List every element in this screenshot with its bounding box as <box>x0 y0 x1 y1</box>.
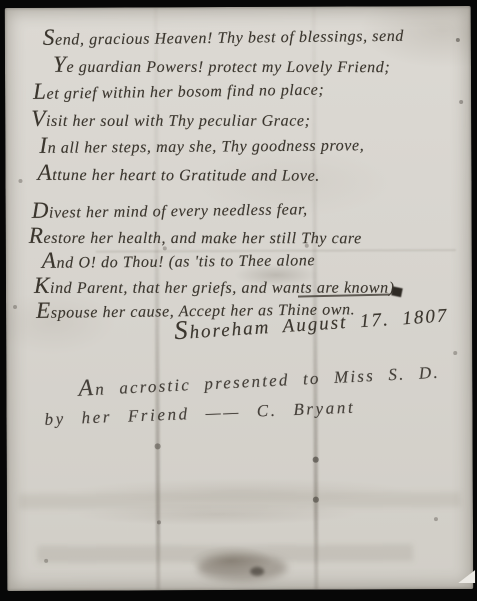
poem-line: And O! do Thou! (as 'tis to Thee alone <box>42 246 468 275</box>
attribution-line-1: An acrostic presented to Miss S. D. <box>78 358 441 403</box>
show-through-band <box>19 492 461 509</box>
paper-specks <box>5 8 7 10</box>
manuscript-page: Send, gracious Heaven! Thy best of bless… <box>5 6 474 591</box>
poem-stanza-1: Send, gracious Heaven! Thy best of bless… <box>31 24 468 188</box>
ink-smudge-core <box>250 567 264 576</box>
attribution-line-2: by her Friend —— C. Bryant <box>44 398 355 430</box>
poem-body: Send, gracious Heaven! Thy best of bless… <box>31 24 468 325</box>
torn-corner <box>458 570 475 583</box>
poem-line: Let grief within her bosom find no place… <box>33 73 467 106</box>
ink-blot <box>391 286 403 297</box>
poem-line: Send, gracious Heaven! Thy best of bless… <box>43 21 467 53</box>
poem-line: Attune her heart to Gratitude and Love. <box>37 161 467 189</box>
poem-line: Divest her mind of every needless fear, <box>31 194 467 225</box>
poem-line: Visit her soul with Thy peculiar Grace; <box>31 107 467 134</box>
poem-line: In all her steps, may she, Thy goodness … <box>39 131 467 161</box>
scan-background: Send, gracious Heaven! Thy best of bless… <box>0 0 477 601</box>
ink-smudge <box>197 555 287 581</box>
